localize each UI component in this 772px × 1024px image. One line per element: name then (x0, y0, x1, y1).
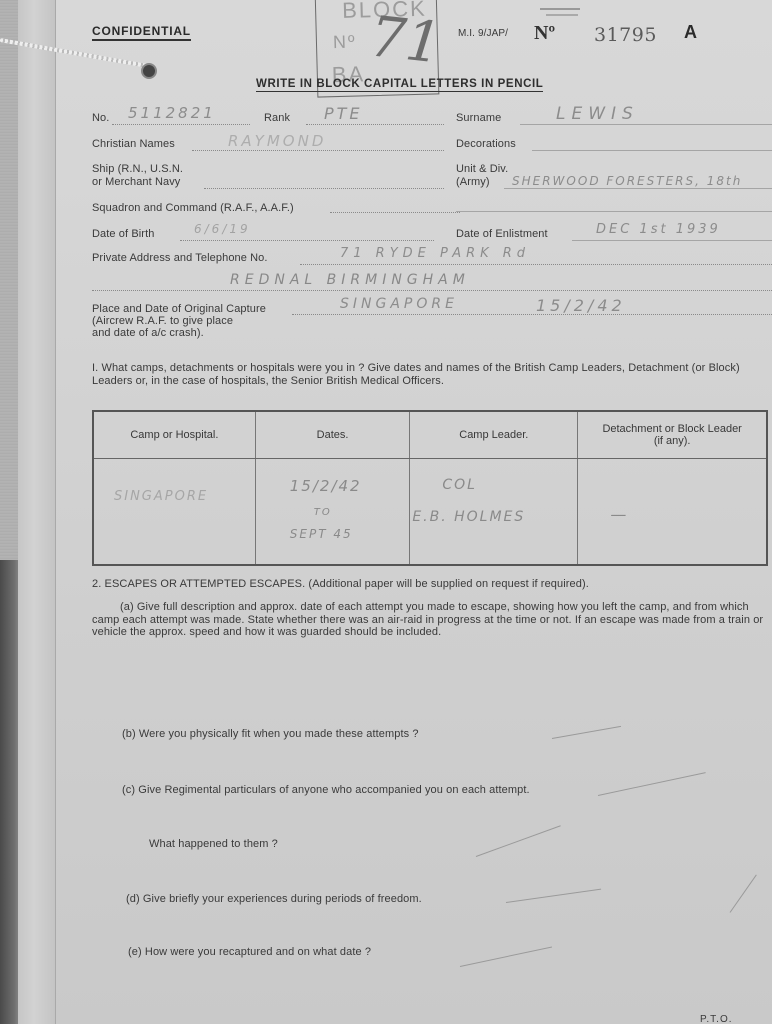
underlying-sheet (18, 0, 59, 1024)
scribble-mark (540, 8, 580, 10)
camp-value: SINGAPORE (114, 489, 208, 504)
form-reference: M.I. 9/JAP/ (458, 28, 508, 39)
capture-line (292, 314, 772, 315)
dob-line (180, 240, 434, 241)
surname-label: Surname (456, 112, 501, 124)
cell-camp[interactable]: SINGAPORE (94, 459, 255, 565)
question-2b-text: (b) Were you physically fit when you mad… (122, 728, 419, 740)
capture-date-value[interactable]: 15/2/42 (536, 296, 626, 315)
classification-label: CONFIDENTIAL (92, 24, 191, 41)
enlistment-value[interactable]: DEC 1st 1939 (596, 222, 721, 237)
dates-from-value: 15/2/42 (290, 477, 362, 495)
surname-line (520, 124, 772, 125)
question-2c-followup-text: What happened to them ? (149, 838, 278, 850)
rank-line (306, 124, 444, 125)
capture-label-line3: and date of a/c crash). (92, 327, 204, 339)
service-no-value[interactable]: 5112821 (128, 104, 216, 122)
address-value-line2[interactable]: REDNAL BIRMINGHAM (230, 272, 470, 288)
rank-value[interactable]: PTE (324, 104, 363, 123)
ship-label: Ship (R.N., U.S.N. or Merchant Navy (92, 163, 183, 189)
scribble-mark (546, 14, 578, 16)
enlistment-line (572, 240, 772, 241)
ship-line[interactable] (204, 188, 444, 189)
unit-label-line2: (Army) (456, 176, 490, 188)
unit-label-line1: Unit & Div. (456, 163, 508, 175)
unit-label: Unit & Div. (Army) (456, 163, 508, 189)
header-camp: Camp or Hospital. (94, 412, 255, 459)
cell-camp-leader[interactable]: COL E.B. HOLMES (410, 459, 578, 565)
ship-label-line1: Ship (R.N., U.S.N. (92, 163, 183, 175)
cell-block-leader[interactable]: — (578, 459, 766, 565)
address-line-2 (92, 290, 772, 291)
dates-to-value: SEPT 45 (290, 527, 353, 541)
number-symbol: Nº (534, 22, 555, 45)
serial-number: 31795 (594, 24, 657, 46)
dates-to-word: TO (314, 507, 332, 518)
decorations-line[interactable] (532, 150, 772, 151)
service-no-label: No. (92, 112, 109, 124)
surname-value[interactable]: LEWIS (556, 104, 639, 124)
table-header-row: Camp or Hospital. Dates. Camp Leader. De… (94, 412, 766, 459)
block-leader-value: — (610, 505, 626, 524)
eyelet-hole (141, 63, 157, 79)
christian-names-label: Christian Names (92, 138, 175, 150)
unit-line (504, 188, 772, 189)
question-2d-text: (d) Give briefly your experiences during… (126, 893, 422, 905)
camp-leader-line2: E.B. HOLMES (412, 509, 525, 525)
dob-value[interactable]: 6/6/19 (194, 222, 251, 236)
decorations-label: Decorations (456, 138, 516, 150)
capture-label-line1: Place and Date of Original Capture (92, 303, 266, 315)
question-2a-text: (a) Give full description and approx. da… (92, 601, 764, 639)
binder-shadow (0, 560, 20, 1024)
cell-dates[interactable]: 15/2/42 TO SEPT 45 (255, 459, 410, 565)
question-2e-text: (e) How were you recaptured and on what … (128, 946, 371, 958)
header-block-leader: Detachment or Block Leader (if any). (578, 412, 766, 459)
enlistment-label: Date of Enlistment (456, 228, 548, 240)
christian-names-line (192, 150, 444, 151)
unit-line-2 (456, 211, 772, 212)
stamp-handwritten-number: 71 (367, 4, 445, 76)
squadron-label: Squadron and Command (R.A.F., A.A.F.) (92, 202, 294, 214)
stamp-no-text: Nº (333, 32, 357, 54)
camps-table: Camp or Hospital. Dates. Camp Leader. De… (92, 410, 768, 566)
serial-suffix: A (684, 22, 697, 43)
squadron-line[interactable] (330, 212, 460, 213)
address-label: Private Address and Telephone No. (92, 252, 268, 264)
rank-label: Rank (264, 112, 290, 124)
instruction-heading: WRITE IN BLOCK CAPITAL LETTERS IN PENCIL (256, 78, 543, 92)
capture-label: Place and Date of Original Capture (Airc… (92, 303, 266, 339)
table-row: SINGAPORE 15/2/42 TO SEPT 45 COL E.B. HO… (94, 459, 766, 565)
question-2c-text: (c) Give Regimental particulars of anyon… (122, 784, 530, 796)
service-no-line (112, 124, 250, 125)
capture-place-value[interactable]: SINGAPORE (340, 296, 458, 312)
address-value-line1[interactable]: 71 RYDE PARK Rd (340, 246, 530, 261)
christian-names-value[interactable]: RAYMOND (228, 132, 326, 150)
address-line-1 (300, 264, 772, 265)
header-dates: Dates. (255, 412, 410, 459)
camp-leader-line1: COL (442, 477, 477, 493)
unit-value[interactable]: SHERWOOD FORESTERS, 18th (512, 174, 742, 188)
question-1-text: I. What camps, detachments or hospitals … (92, 362, 772, 388)
header-camp-leader: Camp Leader. (410, 412, 578, 459)
question-2-heading: 2. ESCAPES OR ATTEMPTED ESCAPES. (Additi… (92, 578, 589, 590)
dob-label: Date of Birth (92, 228, 154, 240)
ship-label-line2: or Merchant Navy (92, 176, 180, 188)
capture-label-line2: (Aircrew R.A.F. to give place (92, 315, 233, 327)
please-turn-over: P.T.O. (700, 1014, 733, 1024)
